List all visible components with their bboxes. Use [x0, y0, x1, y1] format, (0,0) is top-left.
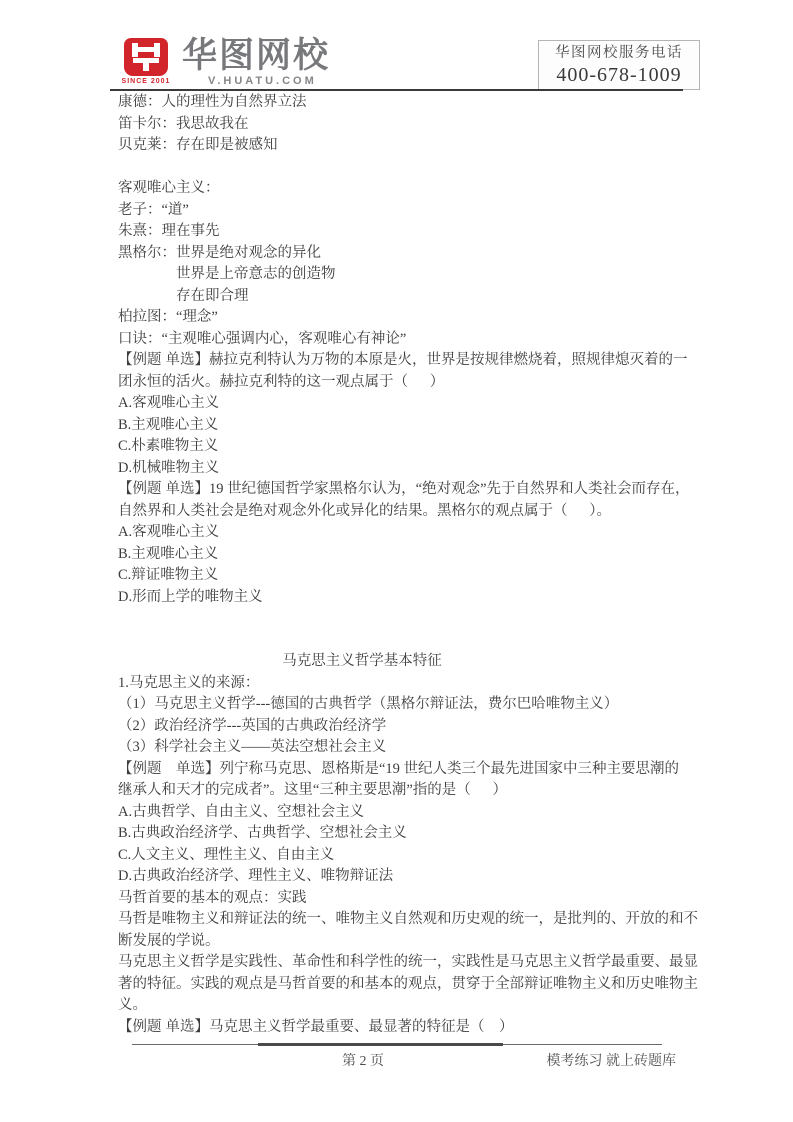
- example-question-marker: 【例题 单选】: [118, 352, 209, 368]
- text-line: 继承人和天才的完成者”。这里“三种主要思潮”指的是（ ）: [118, 780, 676, 802]
- text-line: D.形而上学的唯物主义: [118, 587, 676, 609]
- footer-slogan: 模考练习 就上砖题库: [547, 1050, 677, 1070]
- text-line: B.主观唯心主义: [118, 415, 676, 437]
- text-line: 团永恒的活火。赫拉克利特的这一观点属于（ ）: [118, 372, 676, 394]
- text-line: （1）马克思主义哲学---德国的古典哲学（黑格尔辩证法，费尔巴哈唯物主义）: [118, 694, 676, 716]
- huatu-logo-mark: SINCE 2001: [118, 38, 174, 85]
- text-line: 柏拉图：“理念”: [118, 307, 676, 329]
- text-line: A.客观唯心主义: [118, 393, 676, 415]
- footer-divider-thick: [258, 1043, 504, 1046]
- text-line: 马克思主义哲学是实践性、革命性和科学性的统一，实践性是马克思主义哲学最重要、最显: [118, 952, 676, 974]
- text-line: 存在即合理: [118, 286, 676, 308]
- text-line: 自然界和人类社会是绝对观念外化或异化的结果。黑格尔的观点属于（ ）。: [118, 501, 676, 523]
- text-line: 【例题 单选】赫拉克利特认为万物的本原是火，世界是按规律燃烧着，照规律熄灭着的一: [118, 350, 676, 372]
- text-line: 义。: [118, 995, 676, 1017]
- huatu-wordmark: 华图网校 V.HUATU.COM: [182, 38, 330, 87]
- text-line: 马哲是唯物主义和辩证法的统一、唯物主义自然观和历史观的统一，是批判的、开放的和不: [118, 909, 676, 931]
- document-page: { "header": { "logo": { "since": "SINCE …: [0, 0, 793, 1122]
- text-line: 著的特征。实践的观点是马哲首要的和基本的观点，贯穿于全部辩证唯物主义和历史唯物主: [118, 974, 676, 996]
- text-line: C.辩证唯物主义: [118, 565, 676, 587]
- service-phone-box: 华图网校服务电话 400-678-1009: [538, 40, 700, 90]
- text-line: 【例题 单选】19 世纪德国哲学家黑格尔认为，“绝对观念”先于自然界和人类社会而…: [118, 479, 676, 501]
- brand-site-url: V.HUATU.COM: [208, 75, 330, 87]
- example-question-marker: 【例题 单选】: [118, 761, 220, 777]
- text-line: 老子：“道”: [118, 200, 676, 222]
- header-divider: [110, 89, 683, 91]
- text-line: A.古典哲学、自由主义、空想社会主义: [118, 802, 676, 824]
- text-line: [118, 608, 676, 630]
- brand-name: 华图网校: [182, 38, 330, 74]
- page-header: SINCE 2001 华图网校 V.HUATU.COM 华图网校服务电话 400…: [0, 0, 793, 92]
- text-line: 【例题 单选】马克思主义哲学最重要、最显著的特征是（ ）: [118, 1017, 676, 1039]
- huatu-logo: SINCE 2001 华图网校 V.HUATU.COM: [118, 38, 330, 87]
- text-line: B.主观唯心主义: [118, 544, 676, 566]
- text-line: 世界是上帝意志的创造物: [118, 264, 676, 286]
- page-number: 第 2 页: [342, 1050, 384, 1070]
- page-footer: 第 2 页 模考练习 就上砖题库: [118, 1043, 676, 1072]
- service-phone-label: 华图网校服务电话: [555, 43, 683, 63]
- text-line: 【例题 单选】列宁称马克思、恩格斯是“19 世纪人类三个最先进国家中三种主要思潮…: [118, 759, 676, 781]
- text-line: 1.马克思主义的来源：: [118, 673, 676, 695]
- logo-since-label: SINCE 2001: [122, 78, 171, 85]
- text-line: 朱熹：理在事先: [118, 221, 676, 243]
- text-line: [118, 157, 676, 179]
- text-line: （3）科学社会主义——英法空想社会主义: [118, 737, 676, 759]
- text-line: 笛卡尔：我思故我在: [118, 114, 676, 136]
- service-phone-number: 400-678-1009: [556, 63, 681, 87]
- text-line: 口诀：“主观唯心强调内心，客观唯心有神论”: [118, 329, 676, 351]
- text-line: 康德：人的理性为自然界立法: [118, 92, 676, 114]
- text-line: 马克思主义哲学基本特征: [118, 651, 676, 673]
- text-line: C.朴素唯物主义: [118, 436, 676, 458]
- text-line: C.人文主义、理性主义、自由主义: [118, 845, 676, 867]
- example-question-marker: 【例题 单选】: [118, 481, 209, 497]
- text-line: [118, 630, 676, 652]
- text-line: 黑格尔：世界是绝对观念的异化: [118, 243, 676, 265]
- document-body: 康德：人的理性为自然界立法笛卡尔：我思故我在贝克莱：存在即是被感知 客观唯心主义…: [118, 92, 676, 1038]
- text-line: 马哲首要的基本的观点：实践: [118, 888, 676, 910]
- text-line: 贝克莱：存在即是被感知: [118, 135, 676, 157]
- footer-divider: [118, 1043, 676, 1046]
- text-line: A.客观唯心主义: [118, 522, 676, 544]
- example-question-marker: 【例题 单选】: [118, 1019, 209, 1035]
- text-line: 断发展的学说。: [118, 931, 676, 953]
- text-line: 客观唯心主义：: [118, 178, 676, 200]
- footer-row: 第 2 页 模考练习 就上砖题库: [118, 1050, 676, 1072]
- huatu-shield-icon: [124, 38, 168, 76]
- text-line: B.古典政治经济学、古典哲学、空想社会主义: [118, 823, 676, 845]
- text-line: D.机械唯物主义: [118, 458, 676, 480]
- text-line: D.古典政治经济学、理性主义、唯物辩证法: [118, 866, 676, 888]
- text-line: （2）政治经济学---英国的古典政治经济学: [118, 716, 676, 738]
